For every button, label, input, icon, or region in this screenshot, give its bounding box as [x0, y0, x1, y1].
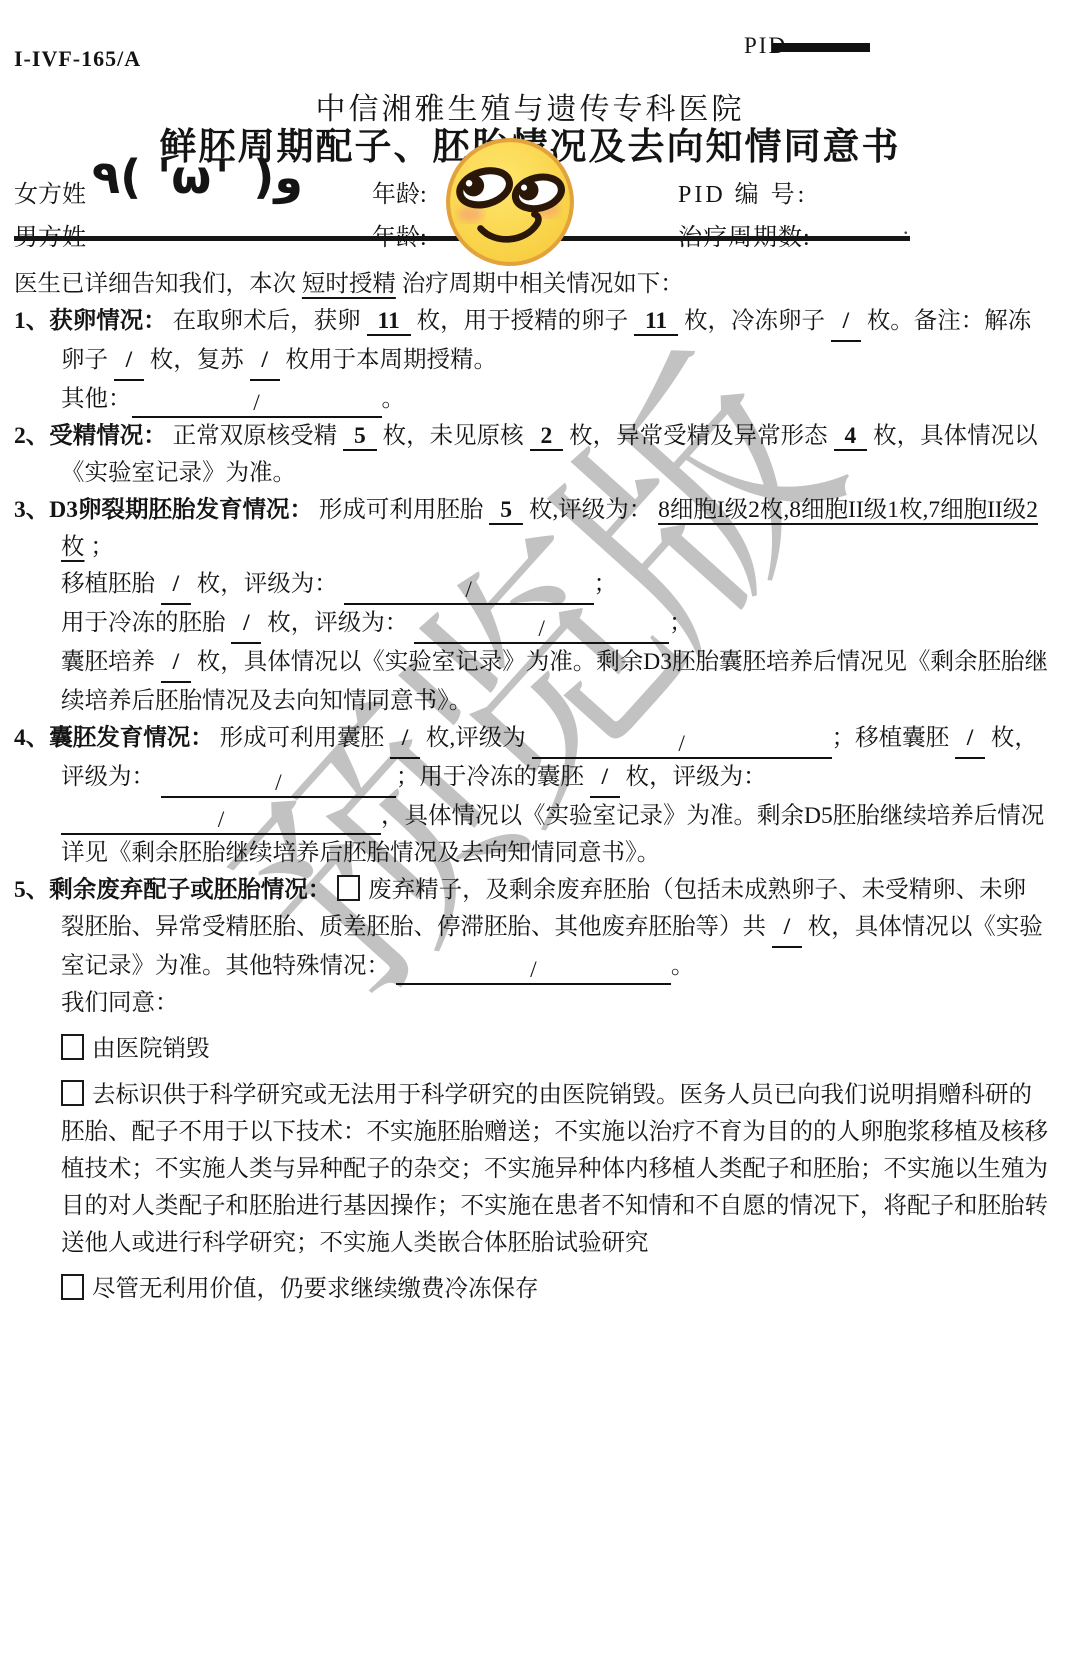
item-5-number: 5、: [14, 877, 49, 903]
intro-line: 医生已详细告知我们，本次 短时授精 治疗周期中相关情况如下：: [14, 266, 1048, 303]
frozen-grade-blank: /: [414, 611, 669, 644]
frozen-embryos-value: /: [231, 605, 261, 644]
item-4-text: ；移植囊胚: [832, 725, 950, 751]
eggs-retrieved-value: 11: [367, 308, 411, 336]
checkbox-hospital-destroy[interactable]: [61, 1034, 84, 1060]
female-name-value: ٩( 'ω' )و: [92, 150, 303, 204]
item-3-text: ；: [669, 610, 693, 636]
item-2-number: 2、: [14, 423, 49, 449]
item-4-text: 形成可利用囊胚: [220, 725, 385, 751]
item-3-text: ；: [90, 534, 114, 560]
item-1-number: 1、: [14, 308, 49, 334]
item-5-discarded: 5、剩余废弃配子或胚胎情况： 废弃精子，及剩余废弃胚胎（包括未成熟卵子、未受精卵…: [14, 872, 1048, 985]
item-4-text: ；用于冷冻的囊胚: [396, 764, 584, 790]
item-1-label: 获卵情况：: [49, 308, 167, 334]
item-5-label: 剩余废弃配子或胚胎情况：: [49, 877, 331, 903]
item-4-text: 枚,评级为: [426, 725, 526, 751]
item-1-text: 在取卵术后，获卵: [173, 308, 361, 334]
item-2-text: 正常双原核受精: [173, 423, 338, 449]
item-4-blastocyst: 4、囊胚发育情况： 形成可利用囊胚 / 枚,评级为 /；移植囊胚 / 枚，评级为…: [14, 720, 1048, 872]
discarded-total-value: /: [772, 909, 802, 948]
item-3-transfer-line: 移植胚胎 / 枚，评级为： /；: [61, 566, 1048, 605]
item-3-text: 枚，具体情况以《实验室记录》为准。剩余D3胚胎囊胚培养后情况见《剩余胚胎继续培养…: [61, 649, 1048, 714]
item-3-text: 形成可利用胚胎: [319, 497, 484, 523]
item-1-other-line: 其他：/。: [61, 381, 1048, 418]
item-3-blastocyst-culture-line: 囊胚培养 / 枚，具体情况以《实验室记录》为准。剩余D3胚胎囊胚培养后情况见《剩…: [61, 644, 1048, 720]
transfer-embryos-label: 移植胚胎: [61, 571, 155, 597]
option-continue-frozen-storage: 尽管无利用价值，仍要求继续缴费冷冻保存: [61, 1271, 1048, 1308]
we-agree-line: 我们同意：: [61, 985, 1048, 1022]
transfer-embryos-value: /: [161, 566, 191, 605]
item-2-fertilization: 2、受精情况： 正常双原核受精 5 枚，未见原核 2 枚，异常受精及异常形态 4…: [14, 418, 1048, 492]
frozen-embryos-label: 用于冷冻的胚胎: [61, 610, 226, 636]
frozen-grade-label: 枚，评级为：: [267, 610, 408, 636]
blastocyst-grade-blank-3: /: [61, 802, 381, 835]
item-1-text: 枚用于本周期授精。: [286, 347, 498, 373]
option-deidentify-research-label: 去标识供于科学研究或无法用于科学研究的由医院销毁。医务人员已向我们说明捐赠科研的…: [61, 1082, 1048, 1256]
option-hospital-destroy: 由医院销毁: [61, 1031, 1048, 1068]
item-2-text: 枚，异常受精及异常形态: [569, 423, 828, 449]
blastocyst-culture-label: 囊胚培养: [61, 649, 155, 675]
thawed-eggs-value: /: [114, 342, 144, 381]
usable-embryos-value: 5: [489, 497, 523, 525]
option-deidentify-research: 去标识供于科学研究或无法用于科学研究的由医院销毁。医务人员已向我们说明捐赠科研的…: [61, 1077, 1048, 1262]
item-3-label: D3卵裂期胚胎发育情况：: [49, 497, 313, 523]
blastocyst-culture-value: /: [161, 644, 191, 683]
item-4-text: 枚，评级为：: [626, 764, 767, 790]
checkbox-continue-frozen-storage[interactable]: [61, 1274, 84, 1300]
no-pronuclei-value: 2: [530, 423, 564, 451]
other-note-end: 。: [382, 386, 406, 412]
male-age-label: 年龄:: [372, 217, 427, 252]
consent-form-page: 预览版 I-IVF-165/A PID 中信湘雅生殖与遗传专科医院 鲜胚周期配子…: [0, 0, 1080, 1664]
special-note-blank: /: [396, 952, 671, 985]
form-code: I-IVF-165/A: [14, 46, 141, 72]
item-2-label: 受精情况：: [49, 423, 167, 449]
normal-2pn-value: 5: [343, 423, 377, 451]
option-hospital-destroy-label: 由医院销毁: [92, 1036, 210, 1062]
form-body: 医生已详细告知我们，本次 短时授精 治疗周期中相关情况如下： 1、获卵情况： 在…: [14, 266, 1048, 1308]
intro-suffix: 治疗周期中相关情况如下：: [402, 271, 684, 297]
abnormal-fert-value: 4: [834, 423, 868, 451]
pid-number-label: PID 编 号:: [678, 174, 807, 209]
item-4-number: 4、: [14, 725, 49, 751]
smirking-emoji-icon: [444, 133, 576, 269]
female-age-label: 年龄:: [372, 174, 427, 209]
item-1-text: 枚，冷冻卵子: [684, 308, 825, 334]
blastocyst-grade-blank-1: /: [532, 726, 832, 759]
other-note-blank: /: [132, 385, 382, 418]
item-2-text: 枚，未见原核: [383, 423, 524, 449]
item-3-frozen-line: 用于冷冻的胚胎 / 枚，评级为： /；: [61, 605, 1048, 644]
male-name-label: 男方姓: [14, 217, 86, 252]
other-note-label: 其他：: [61, 386, 132, 412]
frozen-eggs-value: /: [831, 303, 861, 342]
option-continue-frozen-storage-label: 尽管无利用价值，仍要求继续缴费冷冻保存: [92, 1276, 539, 1302]
insemination-method: 短时授精: [302, 271, 396, 297]
item-3-text: 枚,评级为：: [529, 497, 652, 523]
item-4-label: 囊胚发育情况：: [49, 725, 214, 751]
blastocyst-grade-blank-2: /: [161, 765, 396, 798]
item-5-text: 。: [671, 953, 695, 979]
usable-blastocysts-value: /: [390, 720, 420, 759]
item-1-text: 枚，用于授精的卵子: [417, 308, 629, 334]
item-3-d3-embryos: 3、D3卵裂期胚胎发育情况： 形成可利用胚胎 5 枚,评级为： 8细胞I级2枚,…: [14, 492, 1048, 566]
treatment-cycle-label: 治疗周期数:: [678, 217, 811, 252]
checkbox-discard-sperm[interactable]: [337, 875, 360, 901]
pid-redaction-bar-icon: [772, 43, 870, 52]
transfer-grade-label: 枚，评级为：: [197, 571, 338, 597]
transfer-grade-blank: /: [344, 572, 594, 605]
revived-eggs-value: /: [250, 342, 280, 381]
item-1-egg-retrieval: 1、获卵情况： 在取卵术后，获卵 11 枚，用于授精的卵子 11 枚，冷冻卵子 …: [14, 303, 1048, 381]
female-name-label: 女方姓: [14, 174, 86, 209]
intro-prefix: 医生已详细告知我们，本次: [14, 271, 296, 297]
checkbox-deidentify-research[interactable]: [61, 1080, 84, 1106]
transfer-blastocysts-value: /: [955, 720, 985, 759]
item-1-text: 枚，复苏: [150, 347, 244, 373]
frozen-blastocysts-value: /: [590, 759, 620, 798]
item-3-text: ；: [594, 571, 618, 597]
eggs-inseminated-value: 11: [634, 308, 678, 336]
item-3-number: 3、: [14, 497, 49, 523]
